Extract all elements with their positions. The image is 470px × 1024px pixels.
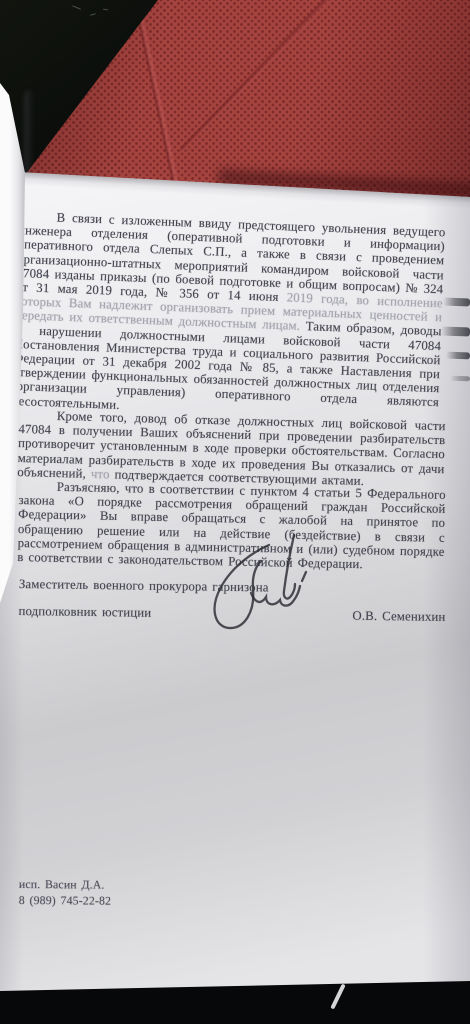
dust-speck — [90, 13, 96, 16]
signer-rank: подполковник юстиции — [18, 604, 151, 620]
signature-scribble — [203, 531, 315, 639]
paragraph-conclusion: В связи с изложенным ввиду предстоящего … — [11, 209, 445, 424]
paragraph-text: Таким образом, доводы о нарушении должно… — [11, 319, 441, 411]
page-edge-smudge — [450, 376, 470, 382]
page-edge-smudge — [443, 298, 470, 307]
executor-name: исп. Васин Д.А. — [19, 877, 111, 893]
document-page: В связи с изложенным ввиду предстоящего … — [0, 165, 470, 995]
seat-seam-right — [179, 0, 334, 153]
executor-phone: 8 (989) 745-22-82 — [19, 892, 111, 908]
signer-name: О.В. Семенихин — [352, 609, 445, 625]
executor-note: исп. Васин Д.А. 8 (989) 745-22-82 — [19, 877, 111, 909]
page-edge-smudge — [446, 352, 470, 360]
dust-speck — [72, 5, 81, 10]
paragraph-text-faded: что — [91, 467, 110, 481]
paragraph-refusal: Кроме того, довод об отказе должностных … — [17, 408, 446, 490]
seat-seam-left — [132, 0, 184, 200]
paragraph-text: В связи с изложенным ввиду предстоящего … — [16, 210, 446, 304]
dust-speck — [103, 9, 108, 11]
page-corner-sliver — [330, 983, 345, 1009]
